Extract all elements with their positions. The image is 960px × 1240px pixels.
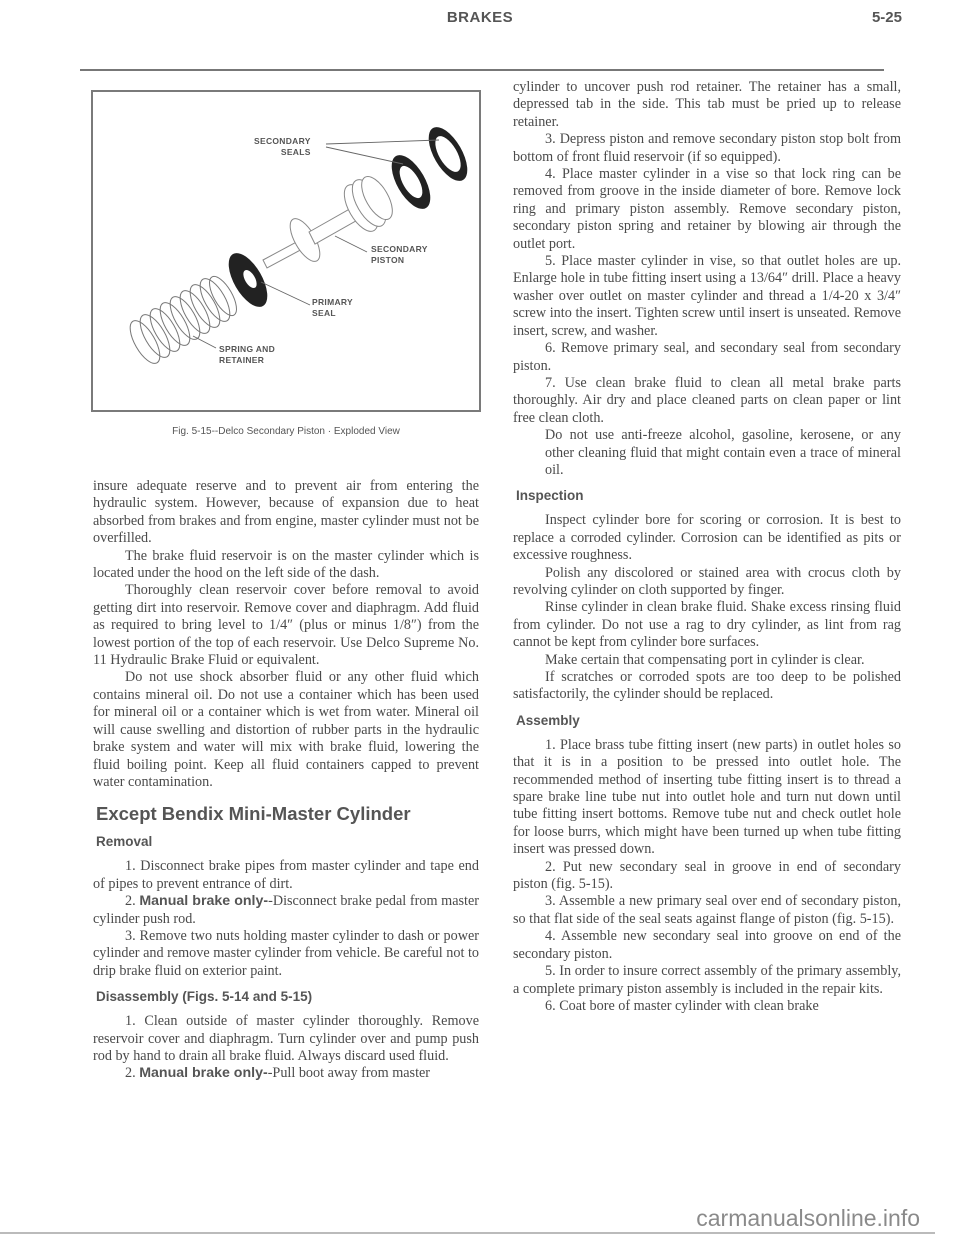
paragraph-continued: cylinder to uncover push rod retainer. T…: [513, 79, 901, 131]
label-line: SECONDARY: [371, 244, 428, 255]
assembly-step-2: 2. Put new secondary seal in groove in e…: [513, 859, 901, 894]
paragraph: Thoroughly clean reservoir cover before …: [93, 582, 479, 669]
assembly-step-1: 1. Place brass tube fitting insert (new …: [513, 737, 901, 859]
emphasis: Manual brake only-: [139, 1065, 268, 1081]
figure-exploded-view: SECONDARY SEALS SECONDARY PISTON PRIMARY…: [91, 90, 481, 412]
disassembly-step-3: 3. Depress piston and remove secondary p…: [513, 131, 901, 166]
step-text: -Pull boot away from master: [268, 1065, 430, 1081]
removal-step-2: 2. Manual brake only--Disconnect brake p…: [93, 893, 479, 928]
section-title: BRAKES: [0, 8, 960, 28]
paragraph: Rinse cylinder in clean brake fluid. Sha…: [513, 599, 901, 651]
removal-step-3: 3. Remove two nuts holding master cylind…: [93, 928, 479, 980]
disassembly-step-2: 2. Manual brake only--Pull boot away fro…: [93, 1065, 479, 1082]
left-column: insure adequate reserve and to prevent a…: [93, 478, 479, 1083]
paragraph: If scratches or corroded spots are too d…: [513, 669, 901, 704]
step-number: 2.: [125, 1065, 139, 1081]
figure-caption: Fig. 5-15--Delco Secondary Piston · Expl…: [91, 426, 481, 437]
subheading-inspection: Inspection: [516, 487, 901, 504]
emphasis: Manual brake only-: [139, 893, 268, 909]
label-line: PRIMARY: [312, 297, 353, 308]
secondary-seals-icon: [384, 121, 475, 215]
paragraph: Polish any discolored or stained area wi…: [513, 565, 901, 600]
caution-note: Do not use anti-freeze alcohol, gasoline…: [513, 427, 901, 479]
primary-seal-icon: [221, 247, 275, 313]
label-line: SEALS: [254, 147, 311, 158]
label-primary-seal: PRIMARY SEAL: [312, 297, 353, 319]
assembly-step-5: 5. In order to insure correct assembly o…: [513, 963, 901, 998]
paragraph: The brake fluid reservoir is on the mast…: [93, 548, 479, 583]
label-line: SEAL: [312, 308, 353, 319]
disassembly-step-7: 7. Use clean brake fluid to clean all me…: [513, 375, 901, 427]
subheading-removal: Removal: [96, 833, 479, 850]
step-number: 2.: [125, 893, 139, 909]
assembly-step-6: 6. Coat bore of master cylinder with cle…: [513, 998, 901, 1015]
label-line: RETAINER: [219, 355, 275, 366]
header-divider: [80, 69, 884, 71]
label-line: SECONDARY: [254, 136, 311, 147]
disassembly-step-5: 5. Place master cylinder in vise, so tha…: [513, 253, 901, 340]
paragraph: insure adequate reserve and to prevent a…: [93, 478, 479, 548]
disassembly-step-6: 6. Remove primary seal, and secondary se…: [513, 340, 901, 375]
paragraph: Make certain that compensating port in c…: [513, 652, 901, 669]
section-heading: Except Bendix Mini-Master Cylinder: [96, 803, 479, 825]
disassembly-step-1: 1. Clean outside of master cylinder thor…: [93, 1013, 479, 1065]
removal-step-1: 1. Disconnect brake pipes from master cy…: [93, 858, 479, 893]
disassembly-step-4: 4. Place master cylinder in a vise so th…: [513, 166, 901, 253]
watermark-link[interactable]: carmanualsonline.info: [696, 1205, 920, 1232]
paragraph: Do not use shock absorber fluid or any o…: [93, 669, 479, 791]
assembly-step-3: 3. Assemble a new primary seal over end …: [513, 893, 901, 928]
footer-divider: [0, 1232, 935, 1234]
label-line: PISTON: [371, 255, 428, 266]
label-line: SPRING AND: [219, 344, 275, 355]
label-spring-and-retainer: SPRING AND RETAINER: [219, 344, 275, 366]
paragraph: Inspect cylinder bore for scoring or cor…: [513, 512, 901, 564]
assembly-step-4: 4. Assemble new secondary seal into groo…: [513, 928, 901, 963]
label-secondary-piston: SECONDARY PISTON: [371, 244, 428, 266]
subheading-assembly: Assembly: [516, 712, 901, 729]
page-number: 5-25: [872, 8, 902, 28]
label-secondary-seals: SECONDARY SEALS: [254, 136, 311, 158]
right-column: cylinder to uncover push rod retainer. T…: [513, 79, 901, 1015]
subheading-disassembly: Disassembly (Figs. 5-14 and 5-15): [96, 988, 479, 1005]
